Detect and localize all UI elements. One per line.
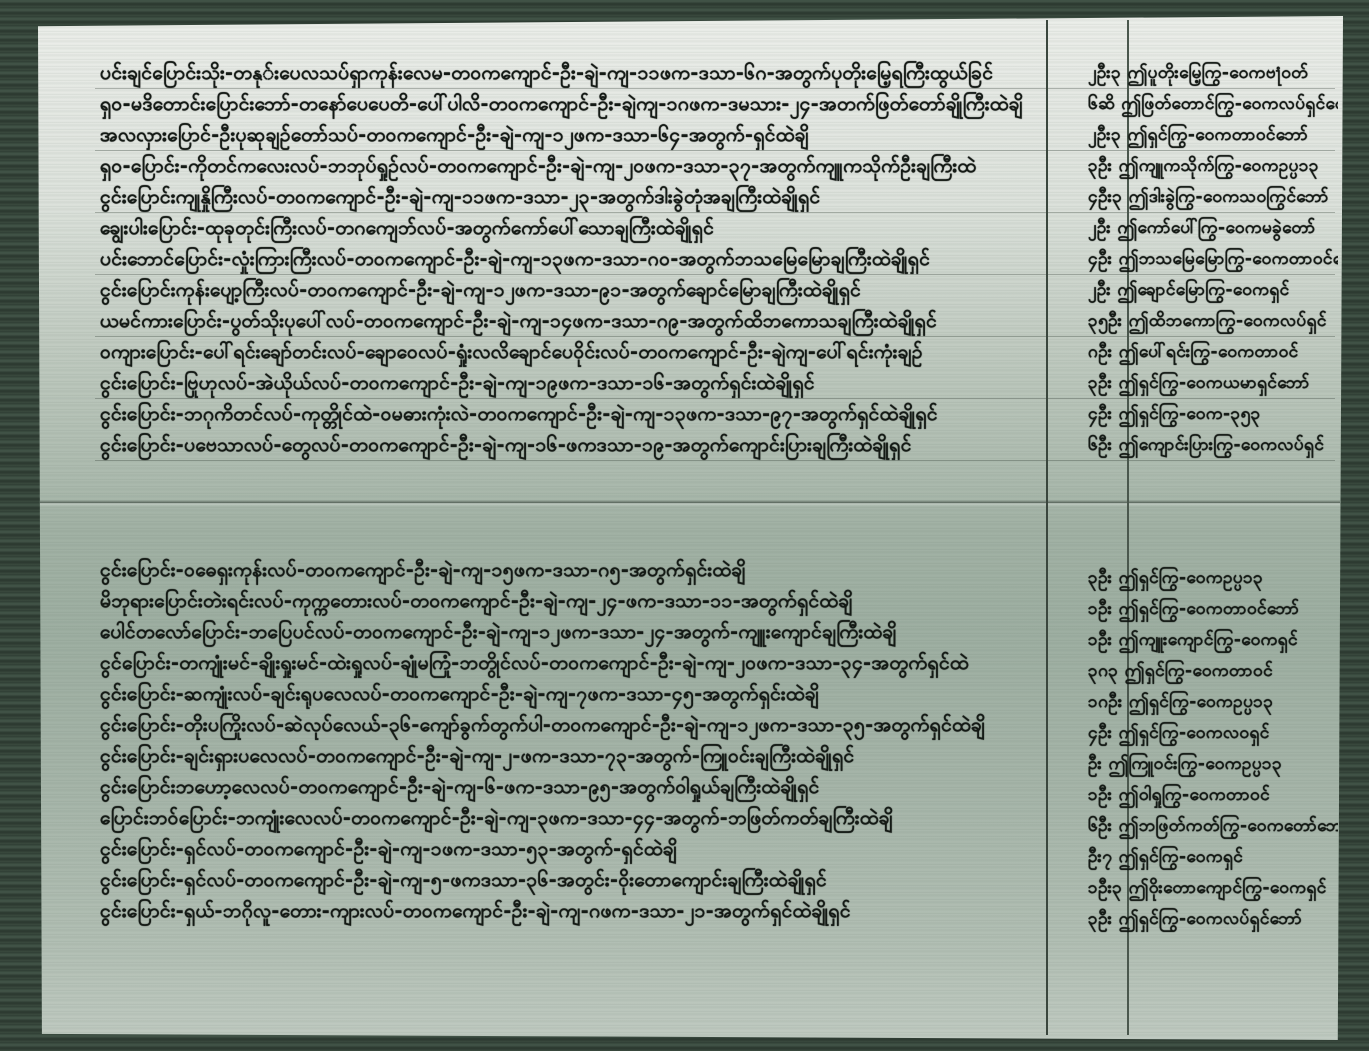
text-line: ရှဝ-မဒိတောင်းပြောင်းဘော်-တနော်ပေပေတိ-ပေါ… [100,89,1040,120]
summary-entry: ၃ဦး ဤကျူကသိုက်ကြွ-ဝေကဥပ္ပ၁၃ [1088,151,1338,182]
summary-entry: ၁ဦး ဤရှင်ကြွ-ဝေကတာဝင်ဘော် [1088,594,1338,625]
summary-entry: ၃ဦး ဤရှင်ကြွ-ဝေကလပ်ရှင်ဘော် [1088,904,1338,935]
text-line: ပြောင်းဘဝ်ပြောင်း-ဘကျုံးလေလပ်-တဝကကျောင်-… [100,803,1040,834]
summary-entry: ၁ဦး၃ ဤဝိုးတောကျောင်ကြွ-ဝေကရှင် [1088,873,1338,904]
text-line: ရှဝ-ပြောင်း-ကိုတင်ကလေးလပ်-ဘဘုပ်ရှုဉ်လပ်-… [100,151,1040,182]
text-line: ငွင်းပြောင်း-တိုးပကြိုးလပ်-ဆဲလုပ်လေယ်-၃၆… [100,710,1040,741]
summary-entry: ၆ဦး ဤကျောင်းပြားကြွ-ဝေကလပ်ရှင် [1088,430,1338,461]
text-line: ငွင်းပြောင်း-ဘဂုကိတင်လပ်-ကုတ္တိုင်ထဲ-ဝမဓ… [100,399,1040,430]
summary-entry: ၂ဦး ဤကော်ပေါ်ကြွ-ဝေကမခွဲတော် [1088,213,1338,244]
text-line: ငွင်ပြောင်း-တကျုံးမင်-ချိုးရှုးမင်-ထဲးရှ… [100,648,1040,679]
text-line: ပင်းချင်ပြောင်းသိုး-တနု်းပေလသပ်ရှာကုန်းလ… [100,58,1040,89]
summary-entry: ဦး ဤကြူဝင်းကြွ-ဝေကဥပ္ပ၁၃ [1088,749,1338,780]
text-line: ငွင်းပြောင်း-ရှင်လပ်-တဝကကျောင်-ဦး-ချဲ-ကျ… [100,834,1040,865]
summary-entry: ၁ဦး ဤကျူးကျောင်ကြွ-ဝေကရှင် [1088,625,1338,656]
text-line: ငွင်းပြောင်း-ပဗေသာလပ်-တွေလပ်-တဝကကျောင်-ဦ… [100,430,1040,461]
text-line: ငွင်းပြောင်း-ဆကျုံးလပ်-ချင်းရုပလေလပ်-တဝက… [100,679,1040,710]
summary-entry: ၂ဦး ဤချောင်မြောကြွ-ဝေကရှင် [1088,275,1338,306]
summary-entry: ၄ဦး ဤရှင်ကြွ-ဝေကလဝရှင် [1088,718,1338,749]
text-line: မိဘုရားပြောင်းတဲးရင်းလပ်-ကုက္ကတေားလပ်-တဝ… [100,586,1040,617]
summary-entry: ၆ဆိ ဤဖြတ်တောင်ကြွ-ဝေကလပ်ရှင်တော် [1088,89,1338,120]
summary-entry: ၂ဦး၃ ဤရှင်ကြွ-ဝေကတာဝင်ဘော် [1088,120,1338,151]
column-divider-left [1046,20,1048,1035]
summary-entry: ၁ဦး ဤဝါရှုကြွ-ဝေကတာဝင် [1088,780,1338,811]
summary-entry: ဂဦး ဤပေါ်ရင်းကြွ-ဝေကတာဝင် [1088,337,1338,368]
text-line: ချွေးပါးပြောင်း-ထုခုတုင်းကြီးလပ်-တဂကျေဘ်… [100,213,1040,244]
text-line: ငွင်းပြောင်းကုန်းပျော့ကြီးလပ်-တဝကကျောင်-… [100,275,1040,306]
text-line: ငွင်းပြောင်း-ရှယ်-ဘဂိုလူ-တေား-ကျားလပ်-တဝ… [100,896,1040,927]
summary-entry: ဦး၇ ဤရှင်ကြွ-ဝေကရှင် [1088,842,1338,873]
summary-entry: ၄ဦး ဤရှင်ကြွ-ဝေက-၃၅၃ [1088,399,1338,430]
text-line: ငွင်းပြောင်းကျုနှိုကြီးလပ်-တဝကကျောင်-ဦး-… [100,182,1040,213]
text-line: ငွင်းပြောင်း-ဝဓေရှးကုန်းလပ်-တဝကကျောင်-ဦး… [100,555,1040,586]
text-line: ငွင်းပြောင်း-ဗြုဟုလပ်-အဲယိုယ်လပ်-တဝကကျော… [100,368,1040,399]
summary-entry: ၃၅ဦး ဤထိဘကောကြွ-ဝေကလပ်ရှင် [1088,306,1338,337]
summary-entry: ၄ဦး၃ ဤဒါးခွဲကြွ-ဝေကသဝကြွင်ဘော် [1088,182,1338,213]
main-text-column: ပင်းချင်ပြောင်းသိုး-တနု်းပေလသပ်ရှာကုန်းလ… [100,58,1040,927]
summary-entry: ၆ဦး ဤဘဖြတ်ကတ်ကြွ-ဝေကတော်ဘော် [1088,811,1338,842]
text-line: ပေါင်တလော်ပြောင်း-ဘပြေပင်လပ်-တဝကကျောင်-ဦ… [100,617,1040,648]
text-line: ငွင်းပြောင်းဘဟော့လေလပ်-တဝကကျောင်-ဦး-ချဲ-… [100,772,1040,803]
summary-entry: ၄ဦး ဤဘသမြေမြောကြွ-ဝေကတာဝင်ဘော် [1088,244,1338,275]
summary-entry: ၁ဂဦး ဤရှင်ကြွ-ဝေကဥပ္ပ၁၃ [1088,687,1338,718]
summary-entry: ၂ဦး၃ ဤပူတိုးမြေ့ကြွ-ဝေကဗ႞ဝတ် [1088,58,1338,89]
text-line: ယမင်ကားပြောင်း-ပွတ်သိုးပုပေါ်လပ်-တဝကကျော… [100,306,1040,337]
summary-entry: ၃ဦး ဤရှင်ကြွ-ဝေကယမာရှင်ဘော် [1088,368,1338,399]
summary-column: ၂ဦး၃ ဤပူတိုးမြေ့ကြွ-ဝေကဗ႞ဝတ် ၆ဆိ ဤဖြတ်တေ… [1088,58,1338,935]
section-gap [100,461,1040,555]
summary-entry: ၃ဦး ဤရှင်ကြွ-ဝေကဥပ္ပ၁၃ [1088,563,1338,594]
text-line: ပင်းဘောင်ပြောင်း-လှုံးကြားကြီးလပ်-တဝကကျေ… [100,244,1040,275]
photo-background: ပင်းချင်ပြောင်းသိုး-တနု်းပေလသပ်ရှာကုန်းလ… [0,0,1369,1051]
text-line: ဝကျားပြောင်း-ပေါ်ရင်းချော်တင်းလပ်-ချောဝေ… [100,337,1040,368]
section-gap [1088,461,1338,563]
text-line: ငွင်းပြောင်း-ရှင်လပ်-တဝကကျောင်-ဦး-ချဲ-ကျ… [100,865,1040,896]
text-line: အလလှားပြောင်-ဦးပုဆုချဉ်တော်သပ်-တဝကကျောင်… [100,120,1040,151]
text-line: ငွင်းပြောင်း-ချင်းရှားပလေလပ်-တဝကကျောင်-ဦ… [100,741,1040,772]
summary-entry: ၃ဂ၃ ဤရှင်ကြွ-ဝေကတာဝင် [1088,656,1338,687]
